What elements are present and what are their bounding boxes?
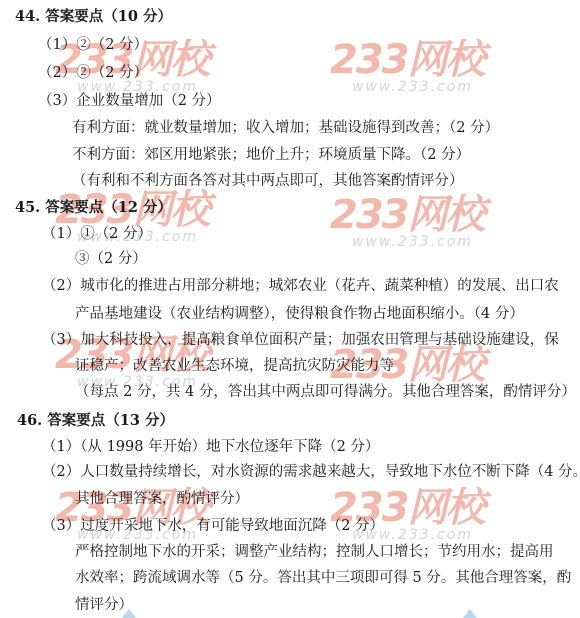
answer-line: 产品基地建设（农业结构调整），使得粮食作物占地面积缩小。（4 分）: [75, 305, 524, 323]
watermark-url: www.233.com: [352, 80, 473, 94]
question-title: 答案要点（13 分）: [47, 412, 174, 429]
answer-line: 水效率；跨流域调水等（5 分。答出其中三项即可得 5 分。其他合理答案，酌: [75, 569, 571, 587]
answer-line: （每点 2 分，共 4 分，答出其中两点即可得满分。其他合理答案，酌情评分）: [75, 383, 576, 401]
watermark-url: www.233.com: [352, 235, 473, 249]
answer-line: （3）加大科技投入，提高粮食单位面积产量；加强农田管理与基础设施建设，保: [42, 331, 559, 349]
answer-line: 严格控制地下水的开采；调整产业结构；控制人口增长；节约用水；提高用: [75, 543, 554, 561]
answer-line: （2）②（2 分）: [38, 64, 148, 82]
question-46-heading: 46. 答案要点（13 分）: [17, 412, 174, 430]
answer-line: （1）①（2 分）: [42, 225, 152, 243]
question-number: 44.: [15, 8, 40, 25]
question-45-heading: 45. 答案要点（12 分）: [15, 199, 172, 217]
answer-line: （2）城市化的推进占用部分耕地；城郊农业（花卉、蔬菜种植）的发展、出口农: [42, 277, 559, 295]
answer-line: 证稳产；改善农业生态环境，提高抗灾防灾能力等: [75, 357, 394, 375]
watermark-brand: 233网校: [330, 40, 484, 80]
answer-line: 其他合理答案，酌情评分）: [75, 490, 249, 508]
question-44-heading: 44. 答案要点（10 分）: [15, 8, 172, 26]
answer-line: 不利方面：郊区用地紧张；地价上升；环境质量下降。（2 分）: [72, 146, 470, 164]
answer-line: （3）企业数量增加（2 分）: [38, 92, 221, 110]
question-number: 45.: [15, 199, 40, 216]
question-title: 答案要点（10 分）: [45, 8, 172, 25]
arrow-up-icon: [463, 609, 477, 618]
watermark: 233网校 www.233.com: [330, 195, 505, 255]
answer-line: （有利和不利方面各答对其中两点即可，其他答案酌情评分）: [72, 172, 464, 190]
answer-line: （2）人口数量持续增长，对水资源的需求越来越大，导致地下水位不断下降（4 分。: [42, 463, 580, 481]
watermark-brand: 233网校: [330, 195, 484, 235]
answer-line: ③（2 分）: [75, 250, 147, 268]
watermark: 233网校 www.233.com: [330, 40, 505, 100]
answer-line: （1）（从 1998 年开始）地下水位逐年下降（2 分）: [42, 438, 379, 456]
answer-line: （1）②（2 分）: [38, 36, 148, 54]
question-title: 答案要点（12 分）: [45, 199, 172, 216]
question-number: 46.: [17, 412, 42, 429]
answer-line: 情评分）: [75, 596, 133, 614]
answer-line: 有利方面：就业数量增加；收入增加；基础设施得到改善；（2 分）: [72, 119, 499, 137]
answer-line: （3）过度开采地下水，有可能导致地面沉降（2 分）: [42, 517, 384, 535]
